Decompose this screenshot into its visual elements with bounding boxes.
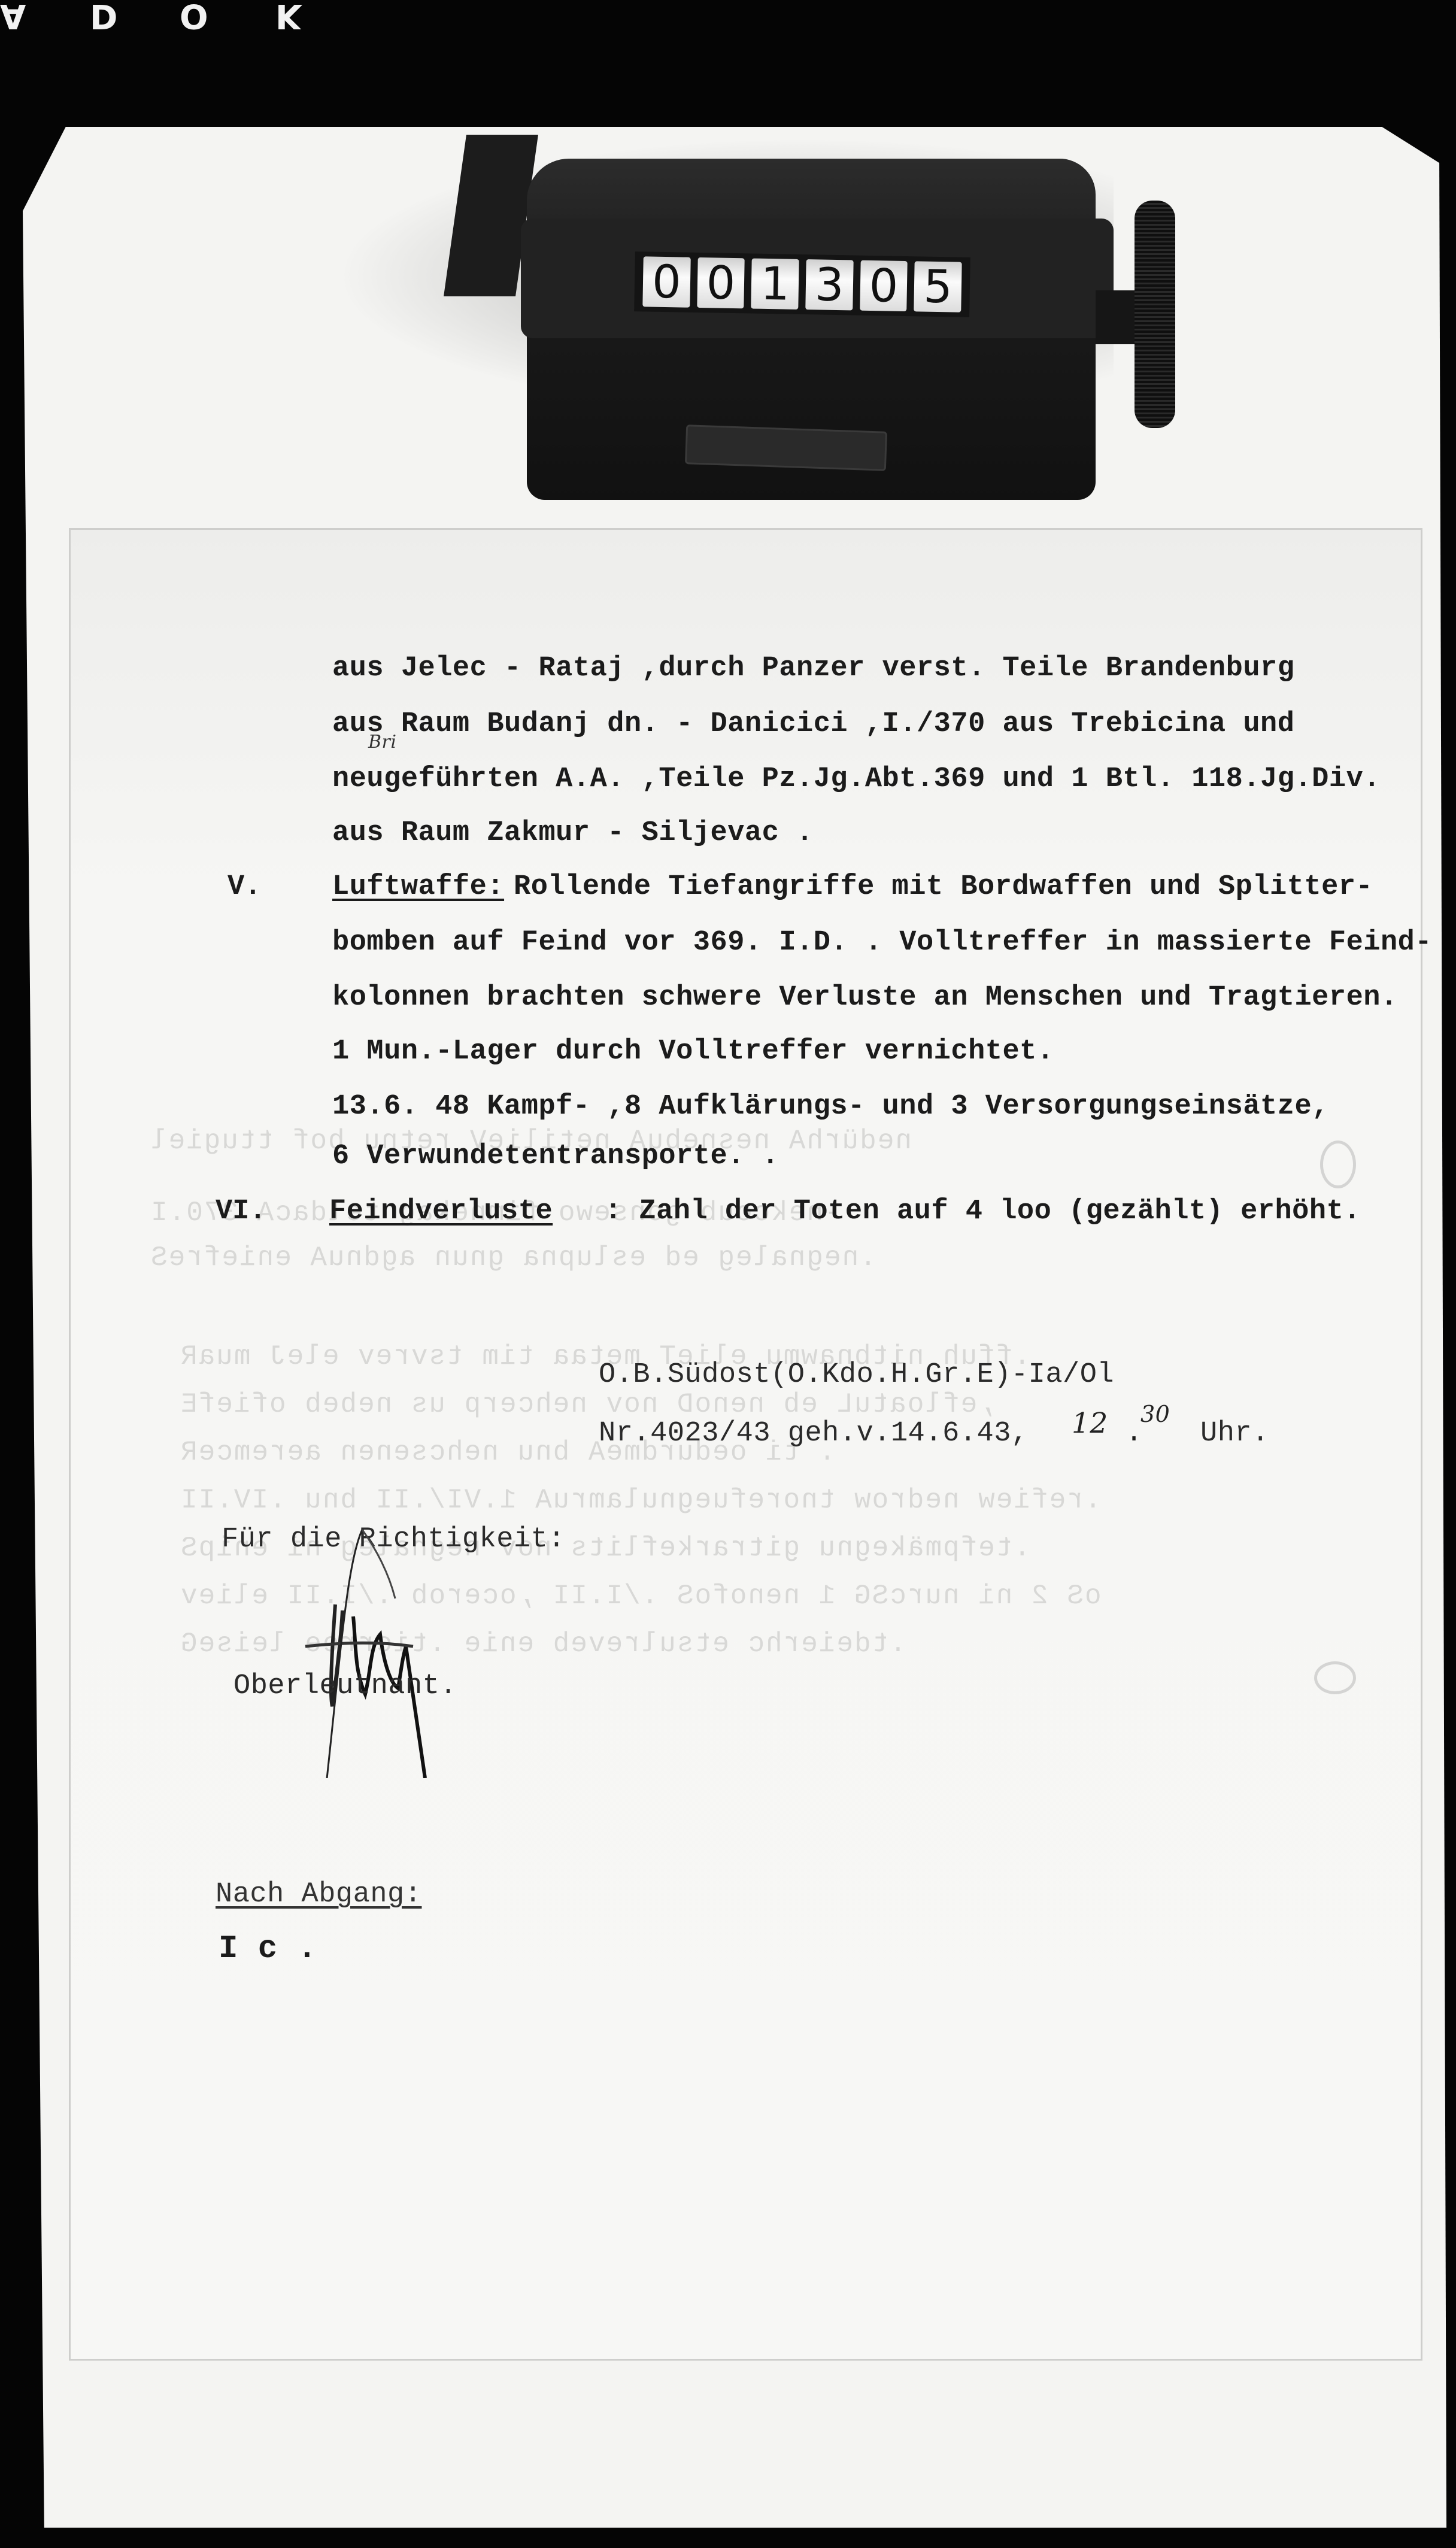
- body-line: aus Jelec - Rataj ,durch Panzer verst. T…: [332, 653, 1294, 684]
- counter-digit: 0: [642, 256, 690, 307]
- paper-stain: [1314, 1661, 1356, 1694]
- counter-digit: 3: [805, 259, 853, 310]
- film-edge-letter: O: [180, 0, 208, 35]
- section-numeral: VI.: [216, 1196, 266, 1227]
- body-line: 13.6. 48 Kampf- ,8 Aufklärungs- und 3 Ve…: [332, 1091, 1329, 1123]
- section-numeral: V.: [227, 871, 261, 903]
- body-line: Rollende Tiefangriffe mit Bordwaffen und…: [514, 871, 1373, 903]
- body-line: aus Raum Budanj dn. - Danicici ,I./370 a…: [332, 708, 1294, 740]
- counter-digit: 1: [751, 259, 799, 310]
- reference-time-unit: Uhr.: [1200, 1418, 1269, 1449]
- body-line: bomben auf Feind vor 369. I.D. . Volltre…: [332, 927, 1432, 958]
- signature: [299, 1527, 455, 1778]
- body-line: neugeführten A.A. ,Teile Pz.Jg.Abt.369 u…: [332, 763, 1381, 795]
- frame-counter: 0 0 1 3 0 5: [455, 135, 1191, 518]
- counter-reset-knob-icon: [1135, 201, 1175, 428]
- body-line: kolonnen brachten schwere Verluste an Me…: [332, 982, 1398, 1014]
- body-line: 6 Verwundetentransporte. .: [332, 1140, 779, 1172]
- counter-digit: 5: [914, 261, 962, 312]
- counter-display: 0 0 1 3 0 5: [634, 251, 970, 317]
- bleed-line: .tdeierhc etsulreveb enie .tierree leise…: [180, 1628, 906, 1660]
- film-edge-letter: A: [0, 0, 26, 35]
- section-heading: Feindverluste: [329, 1196, 553, 1227]
- handwritten-minute: 30: [1140, 1401, 1170, 1427]
- film-edge-markings: A D O K: [0, 0, 1456, 36]
- distribution-recipient: I c .: [219, 1931, 317, 1967]
- body-line: 1 Mun.-Lager durch Volltreffer vernichte…: [332, 1036, 1054, 1067]
- counter-digit: 0: [697, 257, 745, 308]
- section-heading: Luftwaffe:: [332, 871, 504, 903]
- counter-nameplate: [685, 424, 887, 471]
- bleed-line: .refiew nedrow tnorefuegnulamruA 1.VI/.I…: [180, 1485, 1101, 1516]
- signatory-rank: Oberleutnant.: [233, 1670, 457, 1702]
- body-line: : Zahl der Toten auf 4 loo (gezählt) erh…: [605, 1196, 1361, 1227]
- counter-digit: 0: [860, 260, 908, 311]
- paper-stain: [1320, 1140, 1356, 1188]
- film-edge-letter: D: [90, 0, 117, 35]
- body-line: aus Raum Zakmur - Siljevac .: [332, 817, 814, 849]
- bleed-line: .negnaleg ed eslupna gnun agdnuA eniefre…: [150, 1242, 876, 1273]
- handwritten-insert: Bri: [368, 732, 396, 753]
- bleed-line: ,efloatuL eb nenoD nov nehcerp us nebeb …: [180, 1389, 995, 1420]
- reference-number: Nr.4023/43 geh.v.14.6.43,: [599, 1418, 1029, 1449]
- handwritten-hour: 12: [1072, 1407, 1108, 1440]
- film-edge-letter: K: [275, 0, 301, 35]
- reference-office: O.B.Südost(O.Kdo.H.Gr.E)-Ia/Ol: [599, 1359, 1114, 1391]
- distribution-heading: Nach Abgang:: [216, 1879, 421, 1910]
